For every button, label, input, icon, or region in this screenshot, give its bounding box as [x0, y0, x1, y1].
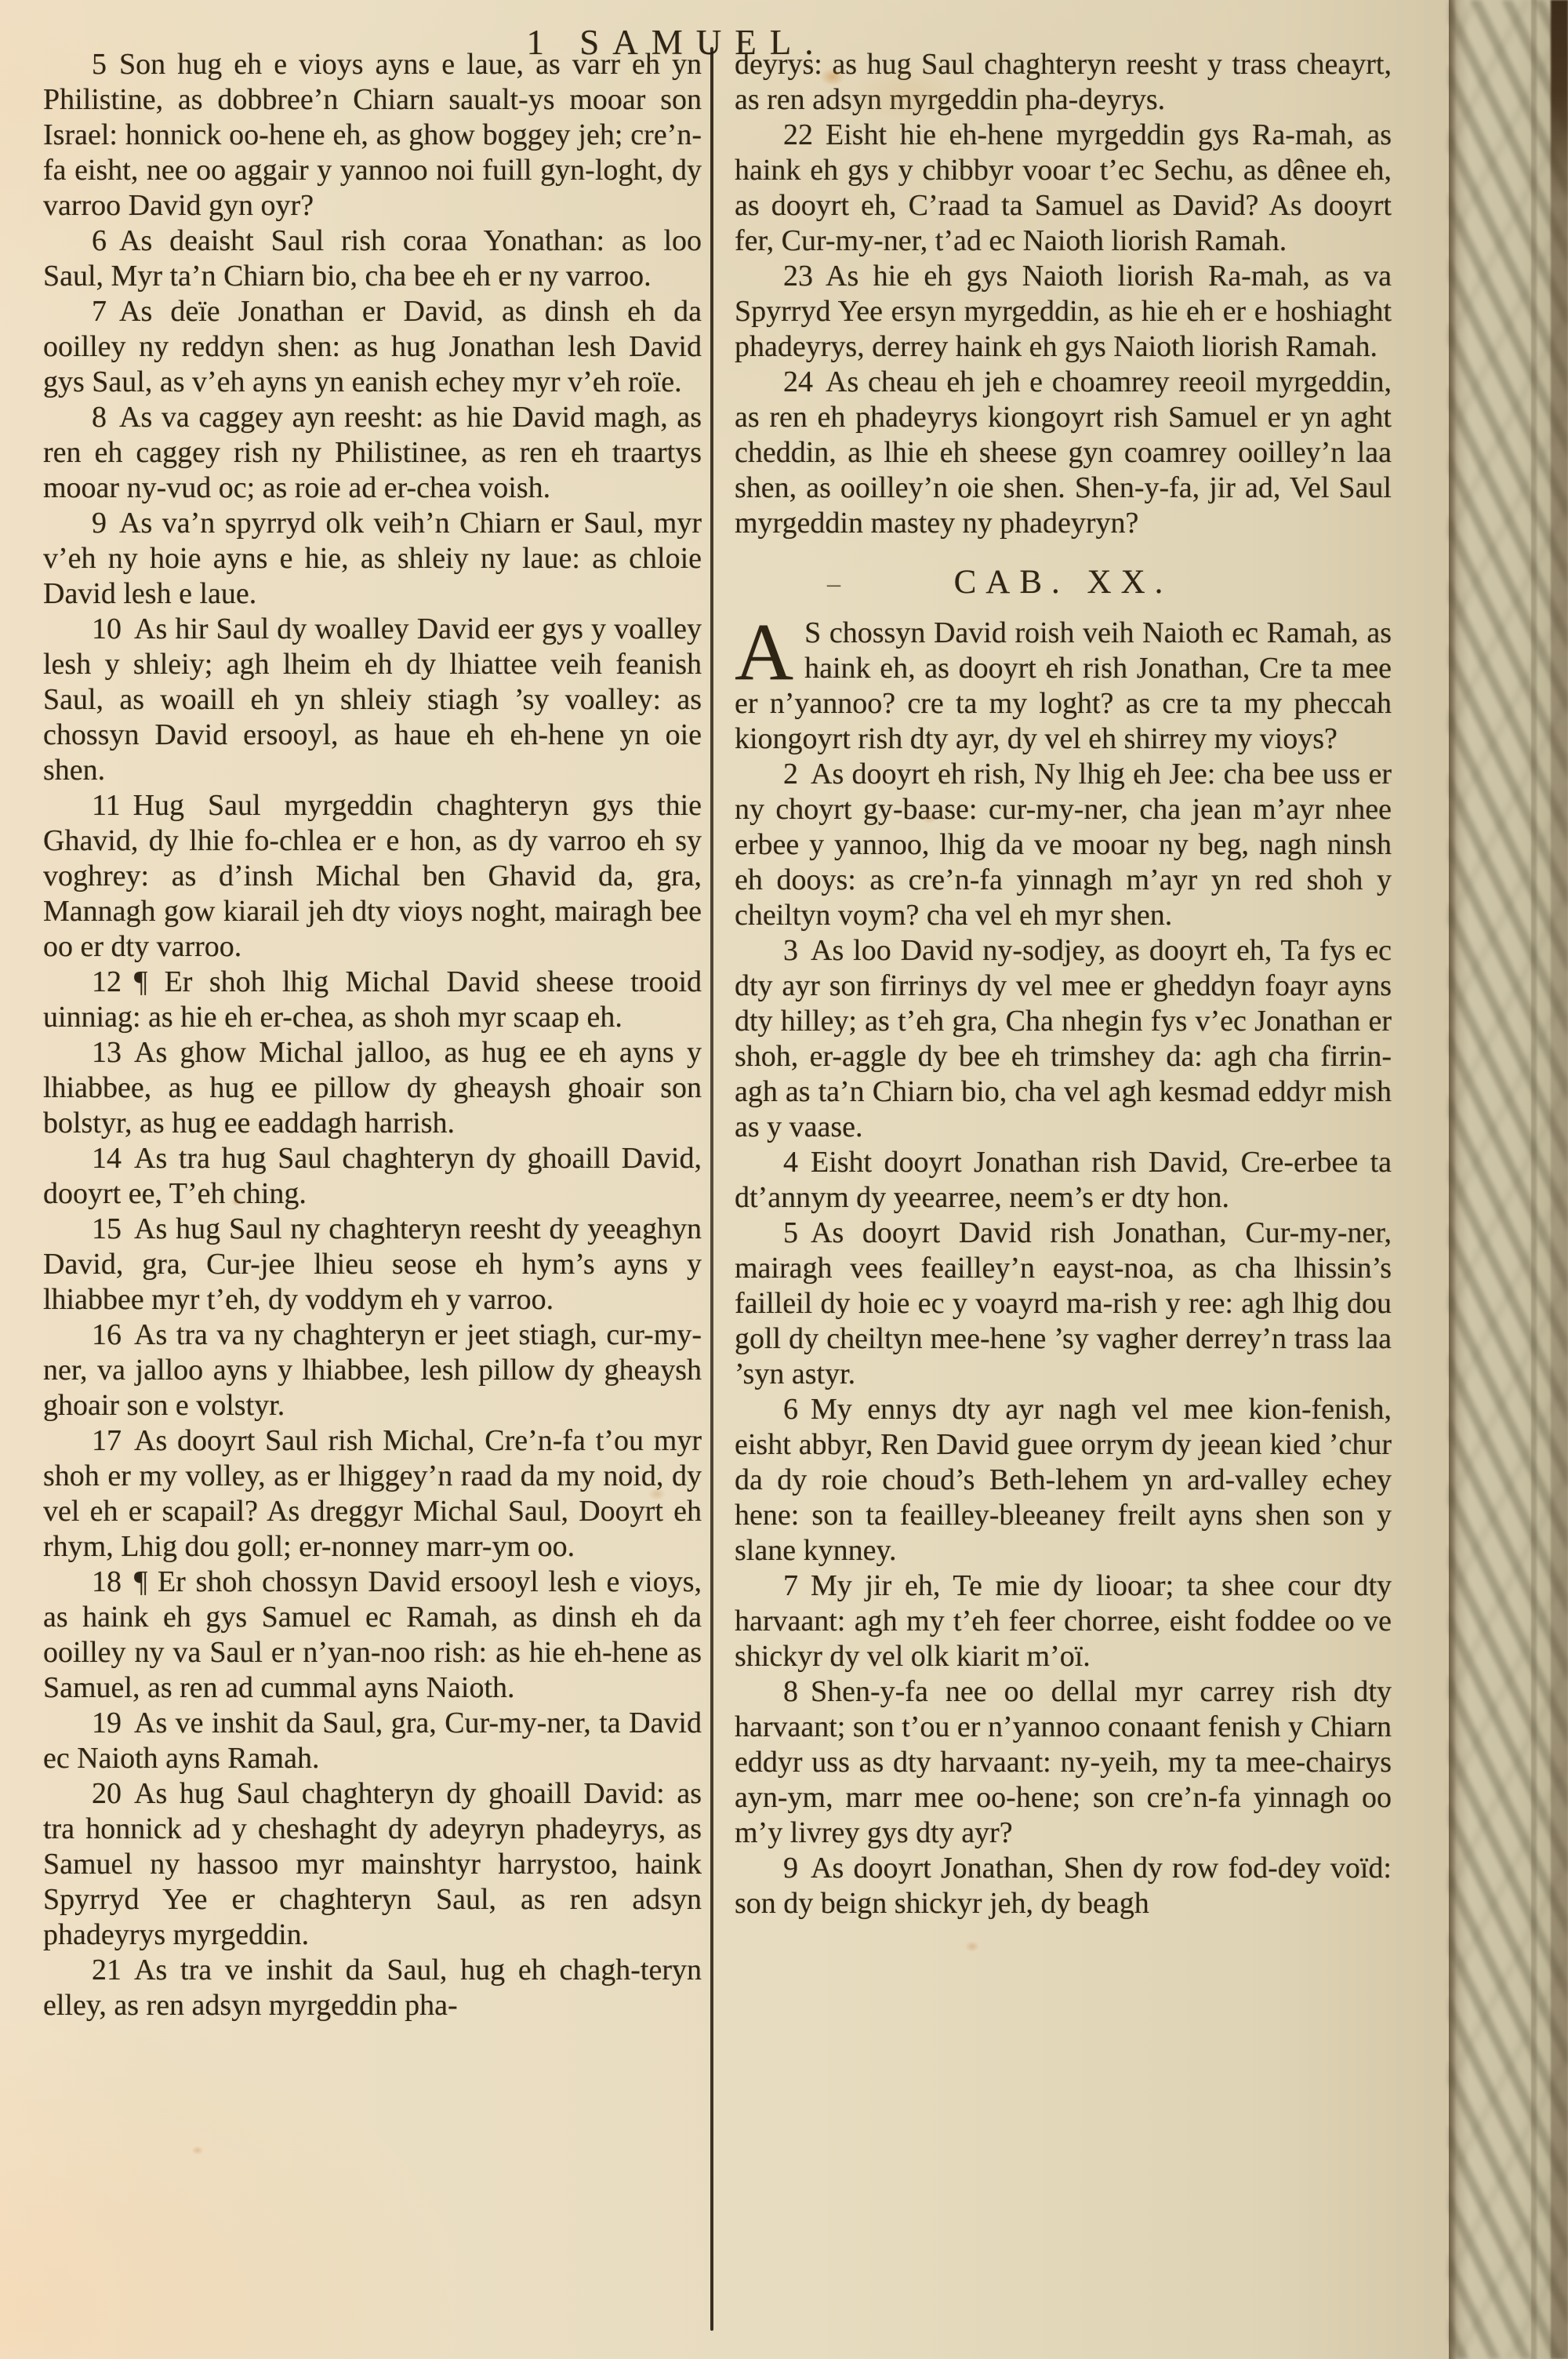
verse-number: 10: [92, 612, 122, 645]
verse: 7My jir eh, Te mie dy liooar; ta shee co…: [735, 1568, 1392, 1674]
drop-cap-initial: A: [735, 616, 804, 685]
verse: 15As hug Saul ny chaghteryn reesht dy ye…: [43, 1212, 702, 1318]
verse-number: 8: [783, 1675, 798, 1708]
book-page: 1 SAMUEL. 5Son hug eh e vioys ayns e lau…: [0, 0, 1449, 2359]
verse: 8As va caggey ayn reesht: as hie David m…: [43, 400, 702, 506]
verse: 5As dooyrt David rish Jonathan, Cur-my-n…: [735, 1216, 1392, 1392]
verse: 14As tra hug Saul chaghteryn dy ghoaill …: [43, 1141, 702, 1212]
verse: 6My ennys dty ayr nagh vel mee kion-feni…: [735, 1392, 1392, 1568]
verse-number: 6: [92, 224, 107, 257]
verse-number: 3: [783, 934, 798, 967]
verse: 20As hug Saul chaghteryn dy ghoaill Davi…: [43, 1776, 702, 1953]
verse: 22Eisht hie eh-hene myrgeddin gys Ra-mah…: [735, 118, 1392, 259]
verse: 18¶ Er shoh chossyn David ersooyl lesh e…: [43, 1565, 702, 1706]
verse: 11Hug Saul myrgeddin chaghteryn gys thie…: [43, 788, 702, 965]
verse-number: 14: [92, 1142, 122, 1175]
verse: 7As deïe Jonathan er David, as dinsh eh …: [43, 294, 702, 400]
text-columns: 5Son hug eh e vioys ayns e laue, as varr…: [43, 47, 1392, 2335]
verse: 23As hie eh gys Naioth liorish Ra-mah, a…: [735, 259, 1392, 365]
verse-number: 15: [92, 1212, 122, 1245]
verse: 24As cheau eh jeh e choamrey reeoil myrg…: [735, 365, 1392, 541]
verse: 17As dooyrt Saul rish Michal, Cre’n-fa t…: [43, 1423, 702, 1565]
heading-dash: –: [827, 566, 840, 602]
verse-number: 23: [783, 260, 813, 293]
left-column: 5Son hug eh e vioys ayns e laue, as varr…: [43, 47, 702, 2333]
verse-number: 9: [92, 507, 107, 540]
verse: 9As dooyrt Jonathan, Shen dy row fod-dey…: [735, 1851, 1392, 1921]
verse-continuation: deyrys: as hug Saul chaghteryn reesht y …: [735, 47, 1392, 118]
verse-number: 11: [92, 789, 121, 822]
verse: 12¶ Er shoh lhig Michal David sheese tro…: [43, 965, 702, 1035]
verse-number: 7: [783, 1569, 798, 1602]
verse-number: 2: [783, 758, 798, 791]
verse-number: 5: [783, 1216, 798, 1249]
column-divider: [710, 47, 713, 2331]
verse-number: 9: [783, 1852, 798, 1885]
verse-number: 8: [92, 401, 107, 434]
verse: 4Eisht dooyrt Jonathan rish David, Cre-e…: [735, 1145, 1392, 1216]
chapter-opening-verse: AS chossyn David roish veih Naioth ec Ra…: [735, 616, 1392, 757]
verse: 8Shen-y-fa nee oo dellal myr carrey rish…: [735, 1674, 1392, 1851]
verse: 21As tra ve inshit da Saul, hug eh chagh…: [43, 1953, 702, 2023]
verse-number: 20: [92, 1777, 122, 1810]
verse: 3As loo David ny-sodjey, as dooyrt eh, T…: [735, 933, 1392, 1145]
page-crease-shadow: [1449, 0, 1457, 2359]
verse: 10As hir Saul dy woalley David eer gys y…: [43, 612, 702, 788]
right-column: deyrys: as hug Saul chaghteryn reesht y …: [735, 47, 1392, 2333]
verse-number: 7: [92, 295, 107, 328]
verse-number: 13: [92, 1036, 122, 1069]
verse: 13As ghow Michal jalloo, as hug ee eh ay…: [43, 1035, 702, 1141]
verse: 2As dooyrt eh rish, Ny lhig eh Jee: cha …: [735, 757, 1392, 933]
verse-number: 19: [92, 1707, 122, 1739]
verse-number: 22: [783, 118, 813, 151]
verse-number: 16: [92, 1318, 122, 1351]
verse: 16As tra va ny chaghteryn er jeet stiagh…: [43, 1318, 702, 1423]
verse: 19As ve inshit da Saul, gra, Cur-my-ner,…: [43, 1706, 702, 1776]
book-edge-shadow: [1551, 0, 1568, 2359]
verse-number: 18: [92, 1565, 122, 1598]
verse-number: 5: [92, 48, 107, 81]
verse-number: 4: [783, 1146, 798, 1179]
chapter-heading: –CAB. XX.: [735, 565, 1392, 600]
verse: 9As va’n spyrryd olk veih’n Chiarn er Sa…: [43, 506, 702, 612]
verse: 5Son hug eh e vioys ayns e laue, as varr…: [43, 47, 702, 224]
verse-number: 12: [92, 965, 122, 998]
verse-number: 24: [783, 365, 813, 398]
verse-number: 6: [783, 1393, 798, 1426]
verse-number: 17: [92, 1424, 122, 1457]
verse-number: 21: [92, 1954, 122, 1986]
fore-edge-pages: [1449, 0, 1568, 2359]
verse: 6As deaisht Saul rish coraa Yonathan: as…: [43, 224, 702, 294]
